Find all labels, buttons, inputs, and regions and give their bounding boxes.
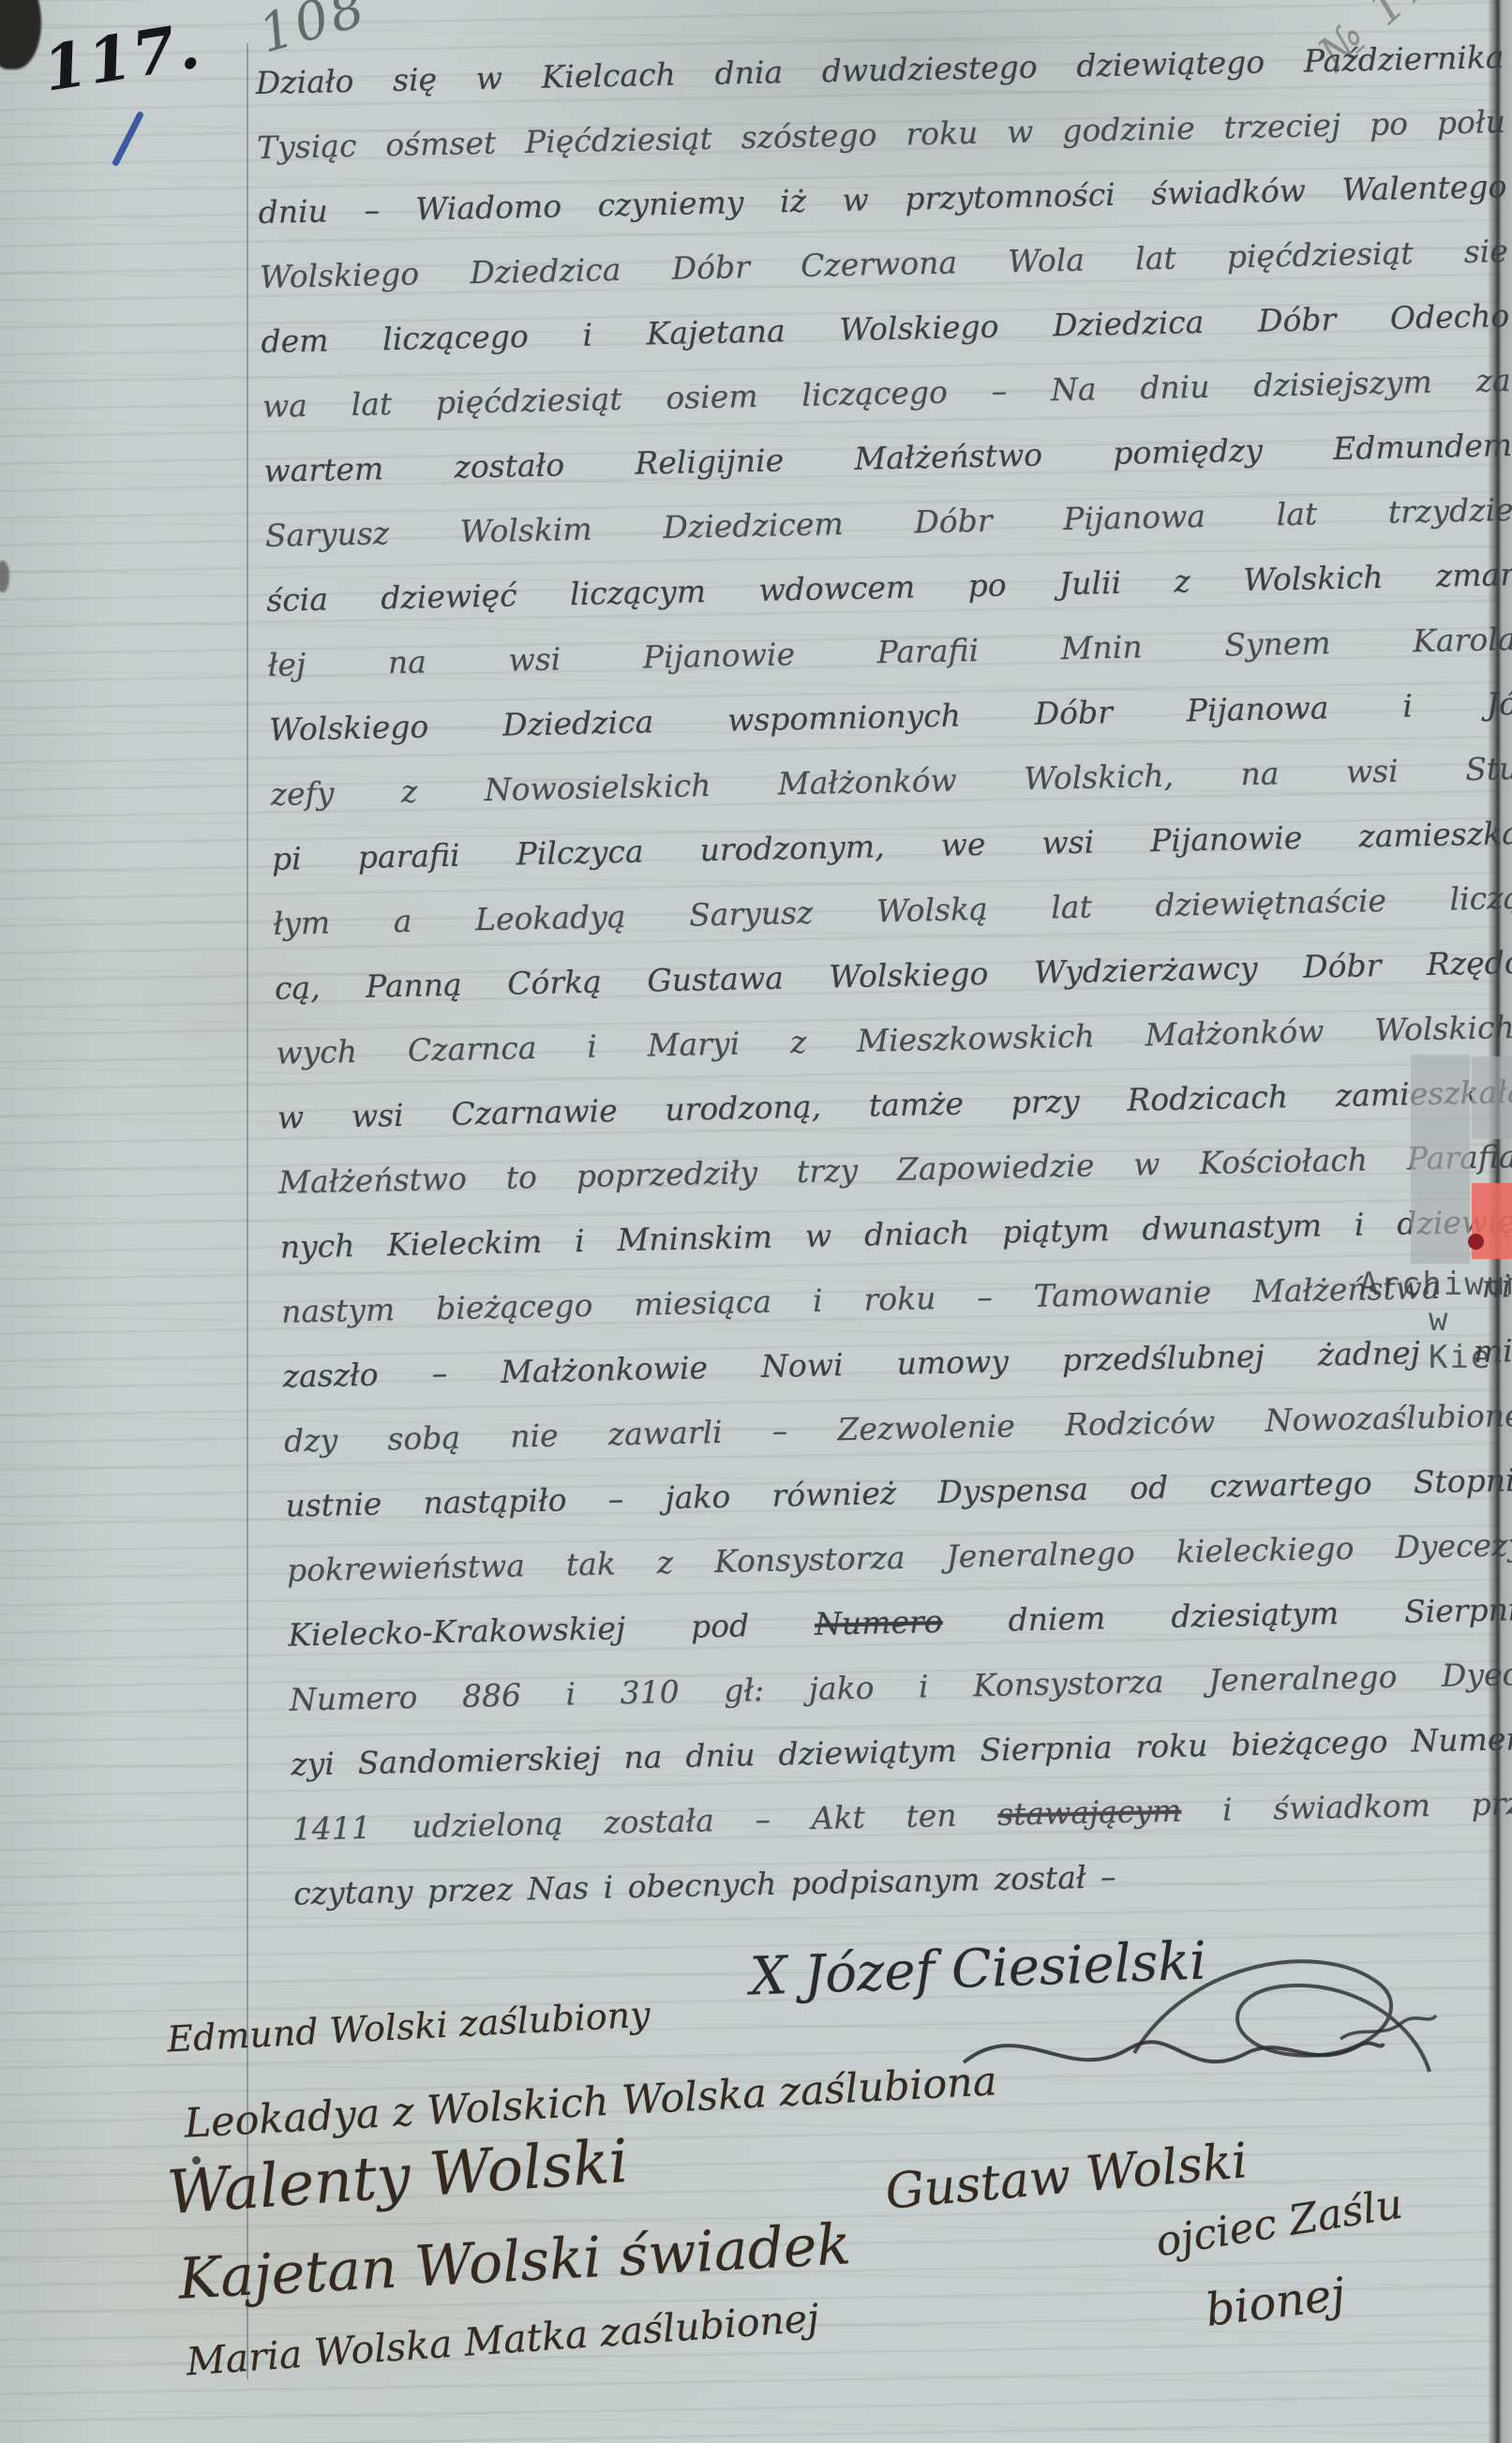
struck-word: Numero bbox=[815, 1603, 943, 1642]
watermark-text-line1: Archiwum bbox=[1359, 1266, 1512, 1303]
edge-ink-mark bbox=[0, 561, 9, 592]
corner-ink-smudge bbox=[0, 0, 41, 69]
blue-pen-mark bbox=[112, 111, 144, 167]
signature-bride-mother: Maria Wolska Matka zaślubionej bbox=[185, 2295, 820, 2384]
watermark-gray-band bbox=[1411, 1055, 1470, 1264]
signature-bride-father: Gustaw Wolski bbox=[883, 2133, 1250, 2221]
struck-word: stawającym bbox=[997, 1792, 1182, 1833]
watermark-text-line2: w Kie bbox=[1429, 1301, 1512, 1376]
signature-father-note-line2: bionej bbox=[1203, 2268, 1348, 2337]
signature-officiant: X Józef Ciesielski bbox=[749, 1931, 1207, 2008]
watermark-gray-block bbox=[1472, 1057, 1512, 1139]
watermark-red-dot bbox=[1468, 1234, 1484, 1250]
signature-groom: Edmund Wolski zaślubiony bbox=[166, 1994, 651, 2061]
record-body-text: Działo się w Kielcach dnia dwudziestego … bbox=[255, 24, 1512, 1926]
archival-record-page: 117. 108 № 11 Działo się w Kielcach dnia… bbox=[0, 0, 1512, 2443]
record-number: 117. bbox=[38, 8, 206, 105]
signature-witness-2: Kajetan Wolski świadek bbox=[177, 2211, 853, 2312]
signature-underline-flourish bbox=[956, 1997, 1387, 2100]
